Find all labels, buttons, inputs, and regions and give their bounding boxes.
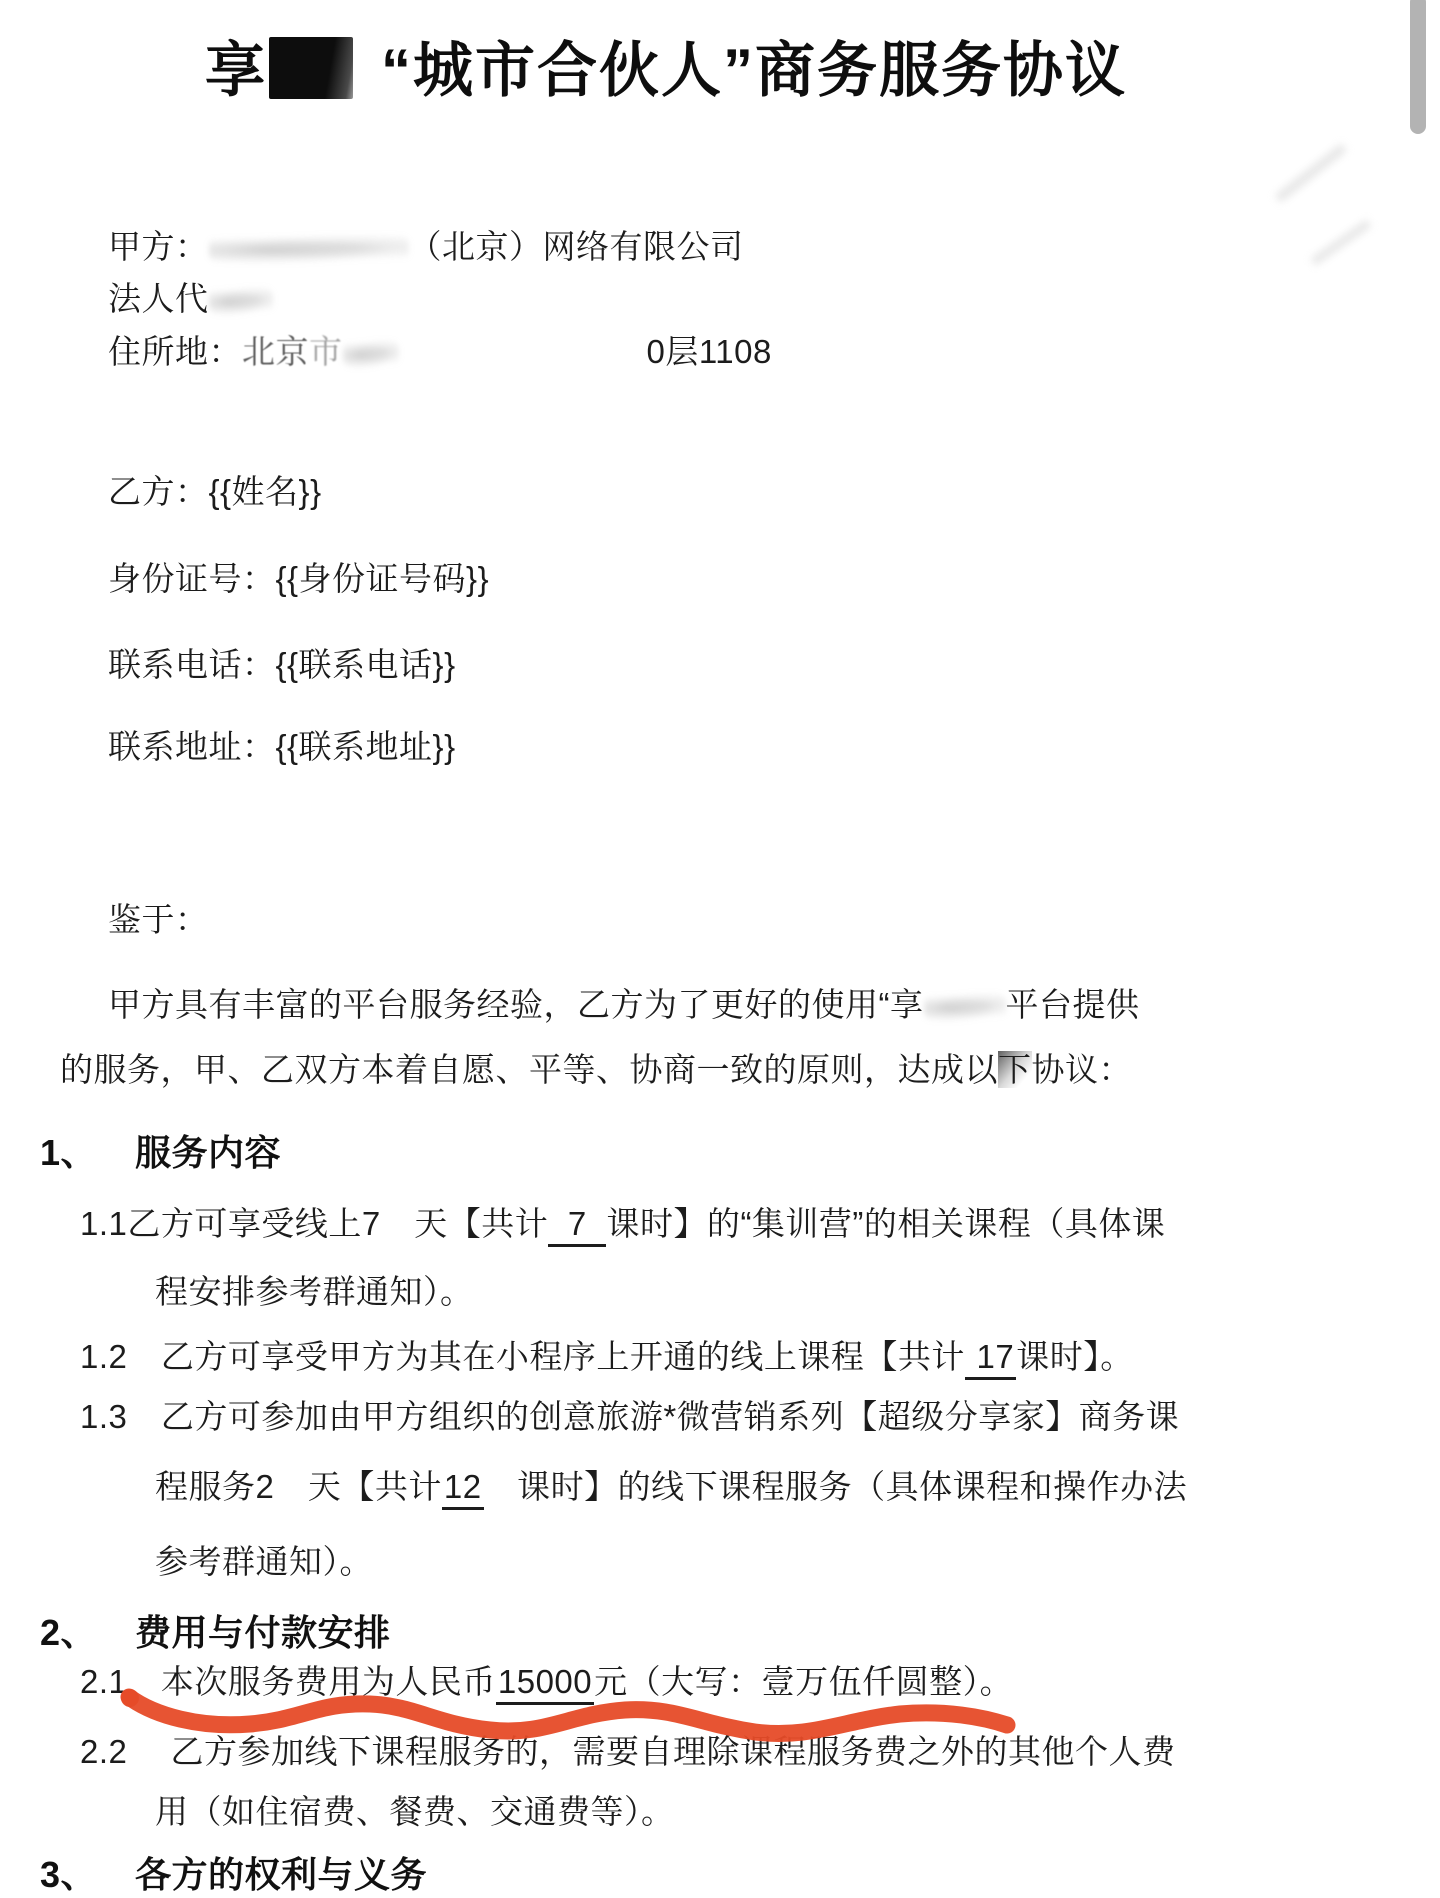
address-label: 住所地： <box>108 333 242 370</box>
party-b-name-line: 乙方：{{姓名}} <box>108 473 322 511</box>
address-blank-gap <box>399 362 647 363</box>
red-marker-path <box>129 1697 1007 1734</box>
scrollbar-thumb[interactable] <box>1410 0 1426 134</box>
section-2-heading: 2、费用与付款安排 <box>40 1612 391 1653</box>
title-main: “城市合伙人”商务服务协议 <box>381 37 1127 104</box>
section-1-title: 服务内容 <box>135 1132 281 1173</box>
clause-1-2-line: 1.2 乙方可享受甲方为其在小程序上开通的线上课程【共计 17课时】。 <box>80 1338 1134 1376</box>
blurred-platform-name <box>924 993 1006 1021</box>
clause-text: 程服务2 天【共计 <box>155 1468 442 1505</box>
clause-text: 1.2 乙方可享受甲方为其在小程序上开通的线上课程【共计 <box>80 1338 965 1375</box>
id-number-line: 身份证号：{{身份证号码}} <box>108 560 489 598</box>
whereas-label: 鉴于： <box>108 901 209 939</box>
blurred-company-name <box>209 235 409 263</box>
clause-1-3-line-2: 程服务2 天【共计12 课时】的线下课程服务（具体课程和操作办法 <box>155 1468 1187 1506</box>
legal-rep-line: 法人代 <box>108 280 273 318</box>
fill-in-value: 17 <box>965 1338 1016 1380</box>
whereas-paragraph-line-1: 甲方具有丰富的平台服务经验，乙方为了更好的使用“享平台提供 <box>108 986 1140 1024</box>
whereas-text: 协议： <box>1032 1051 1133 1088</box>
section-1-heading: 1、服务内容 <box>40 1132 281 1173</box>
fill-in-value: 12 <box>442 1468 484 1510</box>
red-marker-underline <box>115 1684 1020 1744</box>
party-a-line: 甲方：（北京）网络有限公司 <box>108 228 744 266</box>
blurred-legal-rep-name <box>209 287 273 315</box>
whereas-text: 的服务，甲、乙双方本着自愿、平等、协商一致的原则，达成以 <box>60 1051 998 1088</box>
clause-text: 课时】的线下课程服务（具体课程和操作办法 <box>484 1468 1188 1505</box>
paper-smudge <box>1310 219 1373 267</box>
phone-line: 联系电话：{{联系电话}} <box>108 646 456 684</box>
smudged-character: 下 <box>998 1051 1032 1088</box>
whereas-paragraph-line-2: 的服务，甲、乙双方本着自愿、平等、协商一致的原则，达成以下协议： <box>60 1051 1132 1089</box>
clause-1-1-line-2: 程安排参考群通知）。 <box>155 1273 474 1311</box>
section-3-heading: 3、各方的权利与义务 <box>40 1854 427 1895</box>
fill-in-value: 7 <box>548 1205 606 1247</box>
blurred-address <box>343 340 399 368</box>
clause-1-3-line-3: 参考群通知）。 <box>155 1543 373 1581</box>
clause-text: 课时】。 <box>1016 1338 1134 1375</box>
clause-text: 1.1乙方可享受线上7 天【共计 <box>80 1205 548 1242</box>
section-1-number: 1、 <box>40 1132 135 1173</box>
contact-address-line: 联系地址：{{联系地址}} <box>108 728 456 766</box>
address-city: 北京 <box>242 333 309 370</box>
section-3-number: 3、 <box>40 1854 135 1895</box>
whereas-text: 平台提供 <box>1006 986 1140 1023</box>
address-line: 住所地：北京市0层1108 <box>108 333 772 371</box>
section-2-title: 费用与付款安排 <box>135 1612 391 1653</box>
address-city-faded: 市 <box>309 333 343 370</box>
party-a-value: （北京）网络有限公司 <box>409 228 744 265</box>
address-suffix: 0层1108 <box>647 333 772 370</box>
whereas-text: 甲方具有丰富的平台服务经验，乙方为了更好的使用“享 <box>108 986 924 1023</box>
section-3-title: 各方的权利与义务 <box>135 1854 427 1895</box>
legal-rep-label: 法人代 <box>108 280 209 317</box>
title-redaction-box <box>269 37 353 99</box>
section-2-number: 2、 <box>40 1612 135 1653</box>
clause-1-1-line-1: 1.1乙方可享受线上7 天【共计 7 课时】的“集训营”的相关课程（具体课 <box>80 1205 1165 1243</box>
paper-smudge <box>1274 143 1348 204</box>
clause-text: 课时】的“集训营”的相关课程（具体课 <box>606 1205 1165 1242</box>
contract-title: 享“城市合伙人”商务服务协议 <box>205 36 1127 105</box>
contract-page: { "colors": { "marker_red": "#e64b28", "… <box>0 0 1440 1898</box>
title-prefix: 享 <box>205 37 267 104</box>
clause-1-3-line-1: 1.3 乙方可参加由甲方组织的创意旅游*微营销系列【超级分享家】商务课 <box>80 1398 1179 1436</box>
party-a-label: 甲方： <box>108 228 209 265</box>
clause-2-2-line-2: 用（如住宿费、餐费、交通费等）。 <box>155 1793 675 1831</box>
